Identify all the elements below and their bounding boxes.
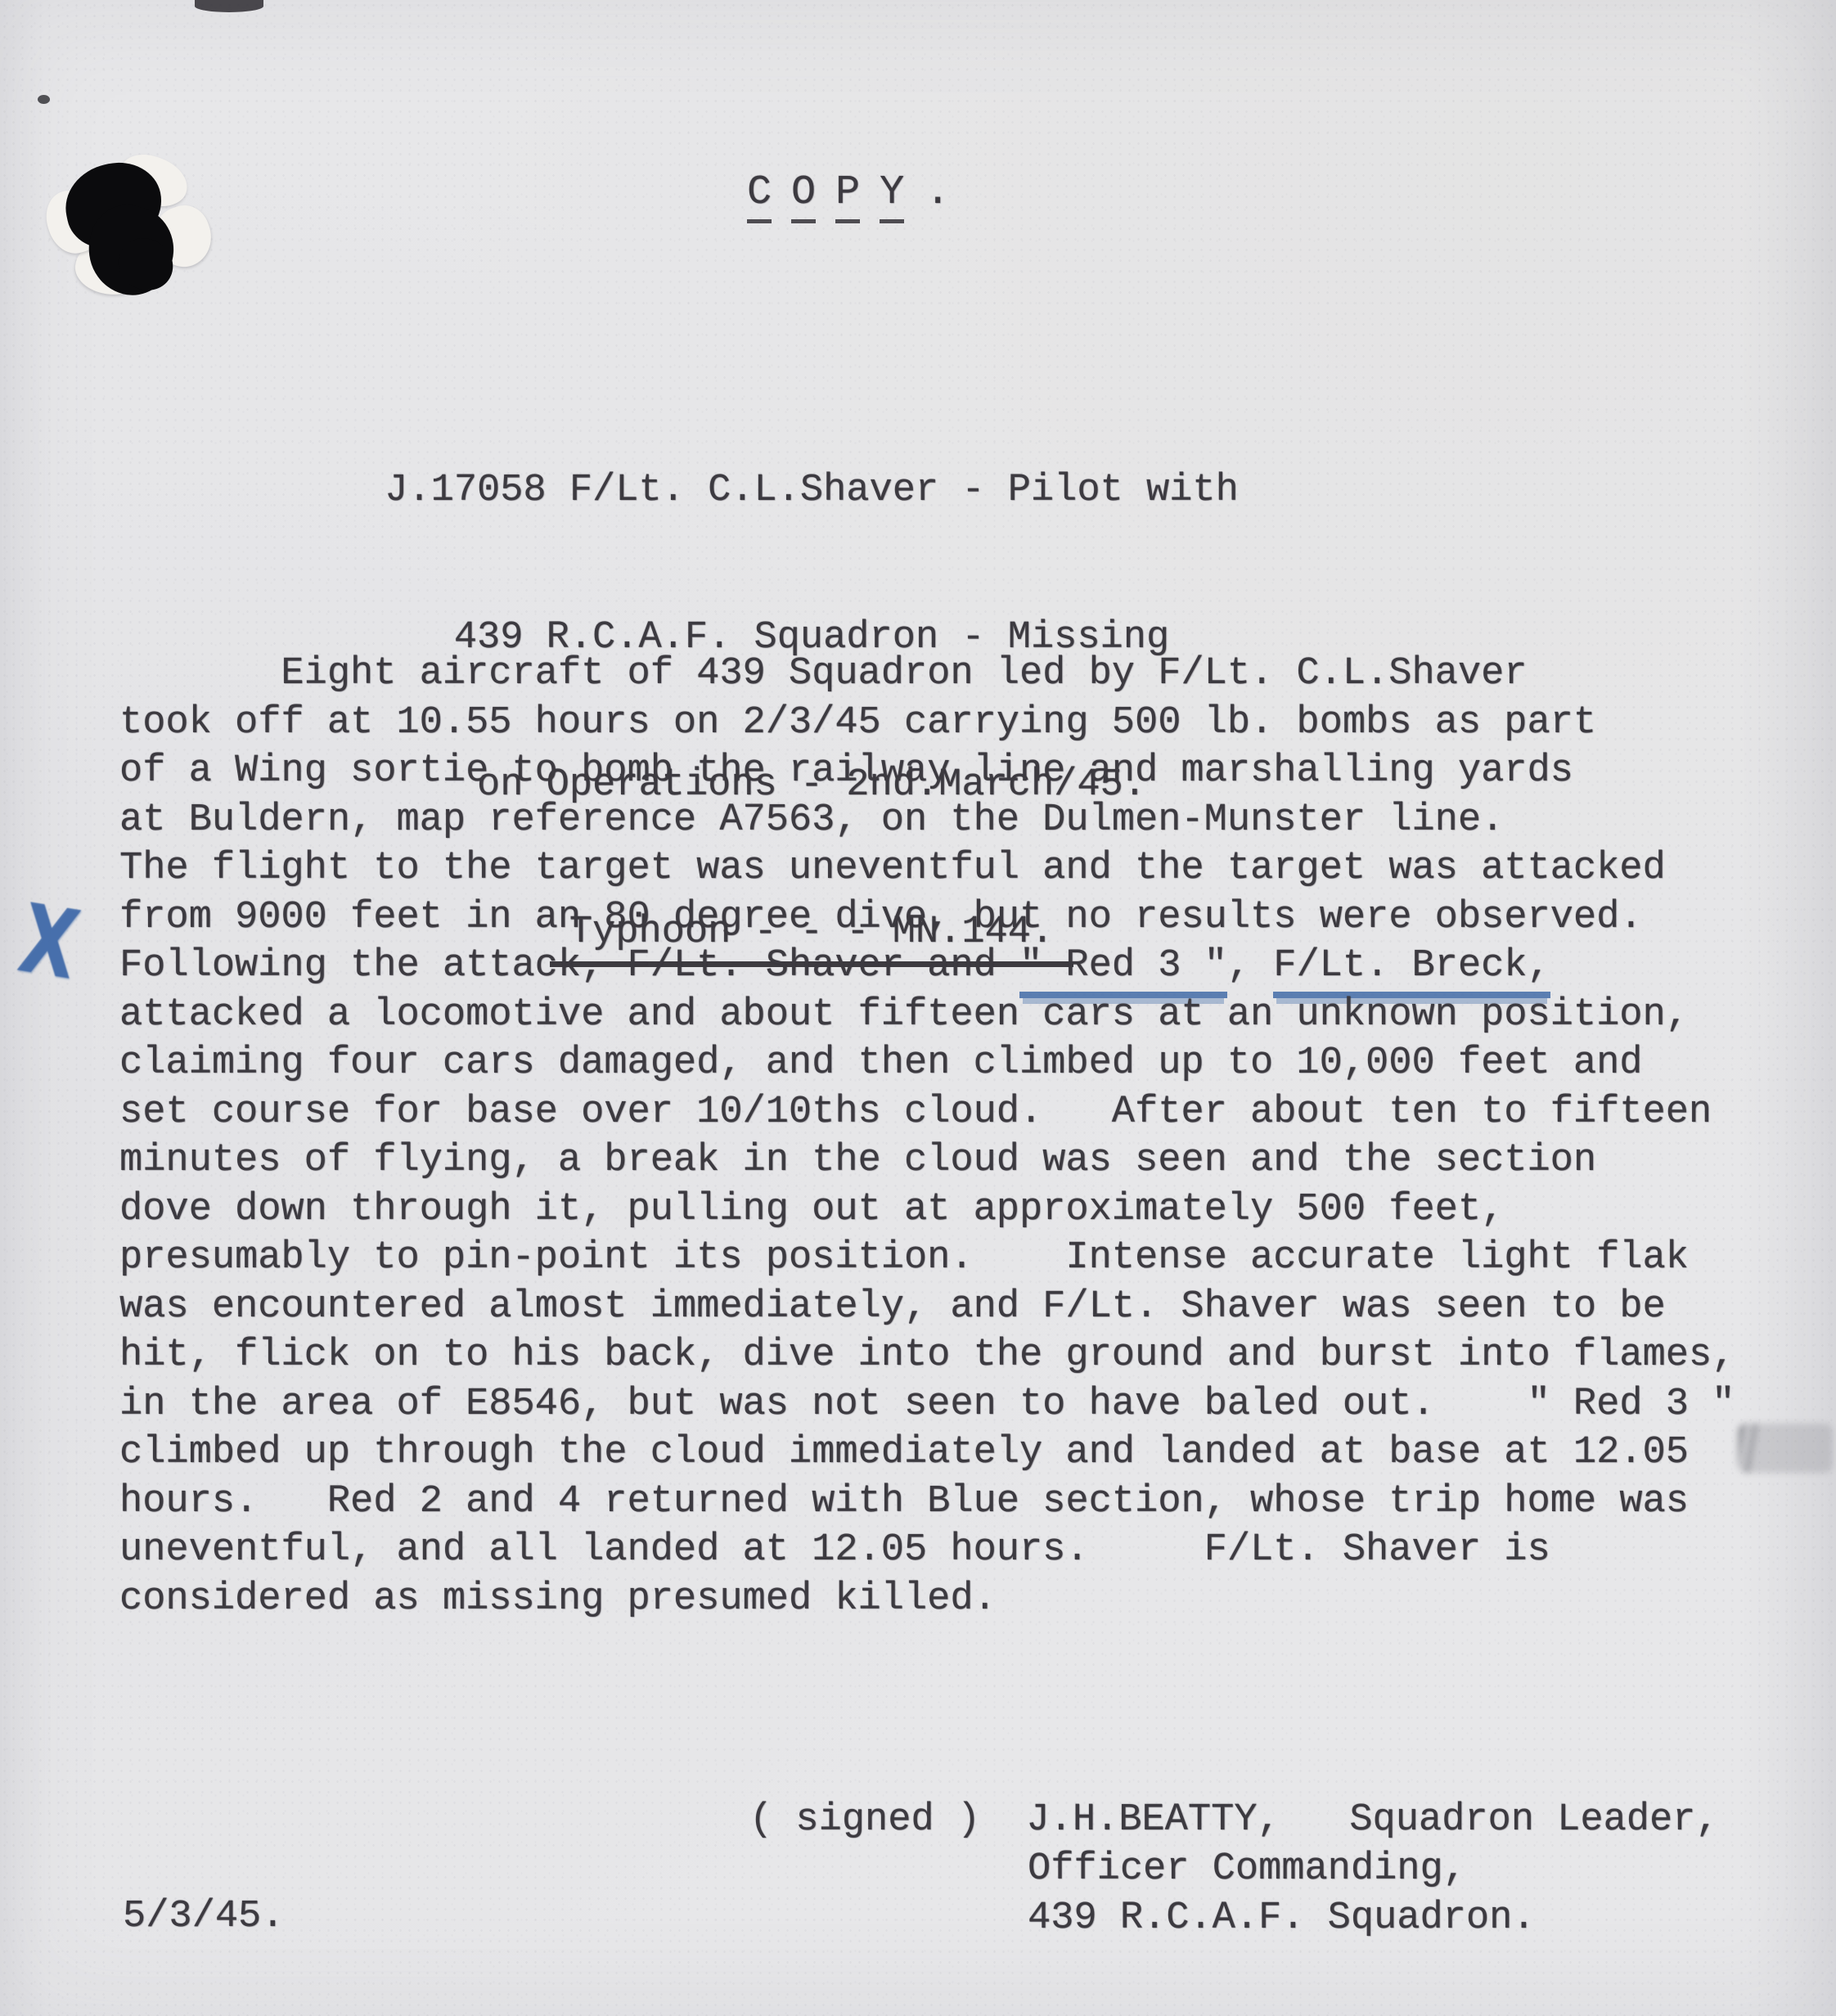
title-letter: C [747, 169, 772, 223]
body-text: Following the attack, F/Lt. Shaver and [119, 944, 1019, 988]
body-text: , [1227, 944, 1273, 988]
body-line: attacked a locomotive and about fifteen … [119, 991, 1735, 1040]
body-line: Eight aircraft of 439 Squadron led by F/… [119, 650, 1735, 699]
blue-underlined-text: " Red 3 " [1019, 942, 1227, 998]
title-letter: P [835, 169, 860, 223]
blue-x-mark: X [13, 892, 86, 993]
body-line: set course for base over 10/10ths cloud.… [119, 1088, 1735, 1137]
body-line: hit, flick on to his back, dive into the… [119, 1331, 1735, 1380]
body-text: in the area of E8546, but was not seen t… [119, 1383, 1735, 1426]
body-text: dove down through it, pulling out at app… [119, 1188, 1504, 1231]
header-line: J.17058 F/Lt. C.L.Shaver - Pilot with [239, 466, 1384, 515]
body-text: from 9000 feet in an 80 degree dive, but… [119, 896, 1643, 939]
body-line: at Buldern, map reference A7563, on the … [119, 796, 1735, 845]
body-text: presumably to pin-point its position. In… [119, 1236, 1689, 1280]
body-text: hit, flick on to his back, dive into the… [119, 1334, 1735, 1377]
body-line: climbed up through the cloud immediately… [119, 1429, 1735, 1478]
body-text: of a Wing sortie to bomb the railway lin… [119, 749, 1573, 793]
body-line: dove down through it, pulling out at app… [119, 1186, 1735, 1235]
body-text: at Buldern, map reference A7563, on the … [119, 799, 1504, 842]
body-text: claiming four cars damaged, and then cli… [119, 1042, 1643, 1085]
body-line: Following the attack, F/Lt. Shaver and "… [119, 942, 1735, 991]
erased-text-smudge [1738, 1424, 1833, 1473]
signature-line: ( signed ) J.H.BEATTY, Squadron Leader, [749, 1798, 1719, 1842]
body-line: was encountered almost immediately, and … [119, 1283, 1735, 1332]
body-line: presumably to pin-point its position. In… [119, 1234, 1735, 1283]
blue-underlined-text: F/Lt. Breck, [1273, 942, 1550, 998]
date-line: 5/3/45. [123, 1895, 284, 1938]
body-line: claiming four cars damaged, and then cli… [119, 1039, 1735, 1088]
title-letter: O [791, 169, 816, 223]
paper-speck [195, 0, 263, 12]
body-text: Eight aircraft of 439 Squadron led by F/… [119, 652, 1527, 695]
body-line: took off at 10.55 hours on 2/3/45 carryi… [119, 699, 1735, 748]
body-line: The flight to the target was uneventful … [119, 844, 1735, 893]
signature-line: 439 R.C.A.F. Squadron. [1028, 1897, 1536, 1940]
body-text: took off at 10.55 hours on 2/3/45 carryi… [119, 701, 1596, 745]
title-period: . [925, 169, 950, 216]
signature-line: Officer Commanding, [1028, 1847, 1466, 1891]
body-text: set course for base over 10/10ths cloud.… [119, 1091, 1712, 1134]
body-text: attacked a locomotive and about fifteen … [119, 993, 1689, 1037]
body-line: in the area of E8546, but was not seen t… [119, 1380, 1735, 1429]
document-page: COPY. J.17058 F/Lt. C.L.Shaver - Pilot w… [0, 0, 1836, 2016]
body-text: minutes of flying, a break in the cloud … [119, 1139, 1596, 1182]
body-line: from 9000 feet in an 80 degree dive, but… [119, 893, 1735, 943]
body-line: considered as missing presumed killed. [119, 1575, 1735, 1624]
body-text: considered as missing presumed killed. [119, 1577, 997, 1621]
body-text: climbed up through the cloud immediately… [119, 1431, 1689, 1474]
body-line: of a Wing sortie to bomb the railway lin… [119, 747, 1735, 796]
body-line: hours. Red 2 and 4 returned with Blue se… [119, 1478, 1735, 1527]
title-letter: Y [880, 169, 904, 223]
document-title: COPY. [649, 123, 950, 270]
body-line: minutes of flying, a break in the cloud … [119, 1136, 1735, 1186]
body-text: uneventful, and all landed at 12.05 hour… [119, 1528, 1550, 1572]
body-text: was encountered almost immediately, and … [119, 1285, 1666, 1329]
report-body: Eight aircraft of 439 Squadron led by F/… [119, 650, 1735, 1623]
paper-speck [38, 95, 50, 104]
ink-blot-hole [41, 147, 213, 311]
body-text: hours. Red 2 and 4 returned with Blue se… [119, 1480, 1689, 1523]
body-text: The flight to the target was uneventful … [119, 847, 1666, 890]
body-line: uneventful, and all landed at 12.05 hour… [119, 1526, 1735, 1575]
